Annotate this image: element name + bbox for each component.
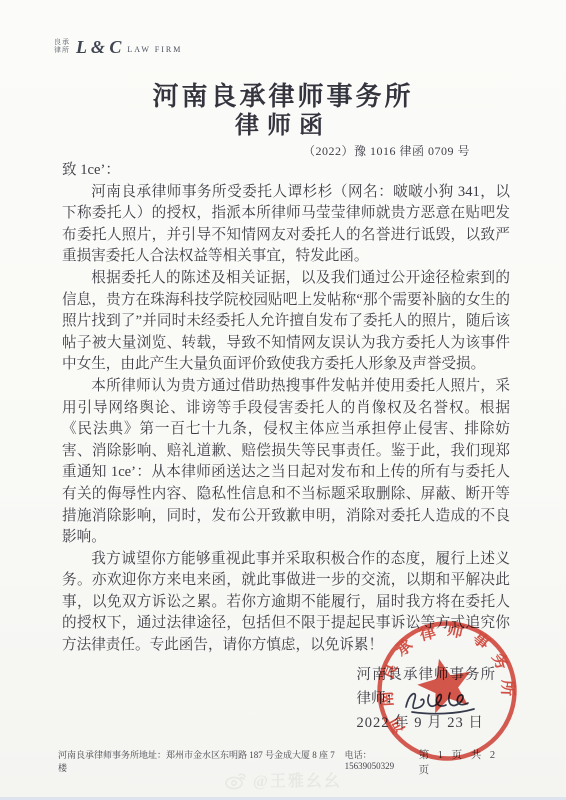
letter-paragraph: 河南良承律师事务所受委托人谭杉杉（网名：啵啵小狗 341，以下称委托人）的授权，…	[62, 182, 510, 268]
law-firm-logo: 良承 律所 L & C LAW FIRM	[54, 38, 182, 56]
weibo-icon	[224, 770, 248, 790]
footer-phone-label: 电话：	[345, 750, 372, 760]
signature-block: 河南良承律师事务所 律师： 2022 年 9 月 23 日	[357, 663, 497, 735]
lawyer-label: 律师：	[357, 687, 401, 711]
firm-name-title: 河南良承律师事务所	[0, 82, 566, 112]
logo-chinese-seal-text: 良承 律所	[54, 38, 70, 54]
watermark-handle: @王雅幺幺	[253, 768, 342, 791]
signature-lawyer-line: 律师：	[357, 687, 497, 711]
weibo-watermark: @王雅幺幺	[0, 768, 566, 791]
document-number: （2022）豫 1016 律函 0709 号	[303, 142, 470, 159]
logo-cn-line2: 律所	[54, 46, 70, 54]
salutation-line: 致 1ce’：	[62, 160, 510, 182]
letter-paragraph: 根据委托人的陈述及相关证据，以及我们通过公开途径检索到的信息，贵方在珠海科技学院…	[62, 268, 510, 376]
document-type-title: 律师函	[0, 112, 566, 140]
logo-cn-line1: 良承	[54, 38, 70, 46]
letter-paragraph: 本所律师认为贵方通过借助热搜事件发帖并使用委托人照片，采用引导网络舆论、诽谤等手…	[62, 376, 510, 549]
letter-body: 致 1ce’： 河南良承律师事务所受委托人谭杉杉（网名：啵啵小狗 341，以下称…	[62, 160, 510, 657]
logo-monogram: L & C	[76, 38, 121, 56]
scanned-lawyer-letter-page: 良承 律所 L & C LAW FIRM 河南良承律师事务所 律师函 （2022…	[0, 0, 566, 800]
signature-date: 2022 年 9 月 23 日	[357, 711, 497, 735]
logo-subtitle: LAW FIRM	[127, 45, 182, 54]
letter-title-block: 河南良承律师事务所 律师函	[0, 82, 566, 140]
signature-firm-name: 河南良承律师事务所	[357, 663, 497, 687]
letter-paragraph: 我方诚望你方能够重视此事并采取积极合作的态度，履行上述义务。亦欢迎你方来电来函，…	[62, 549, 510, 657]
